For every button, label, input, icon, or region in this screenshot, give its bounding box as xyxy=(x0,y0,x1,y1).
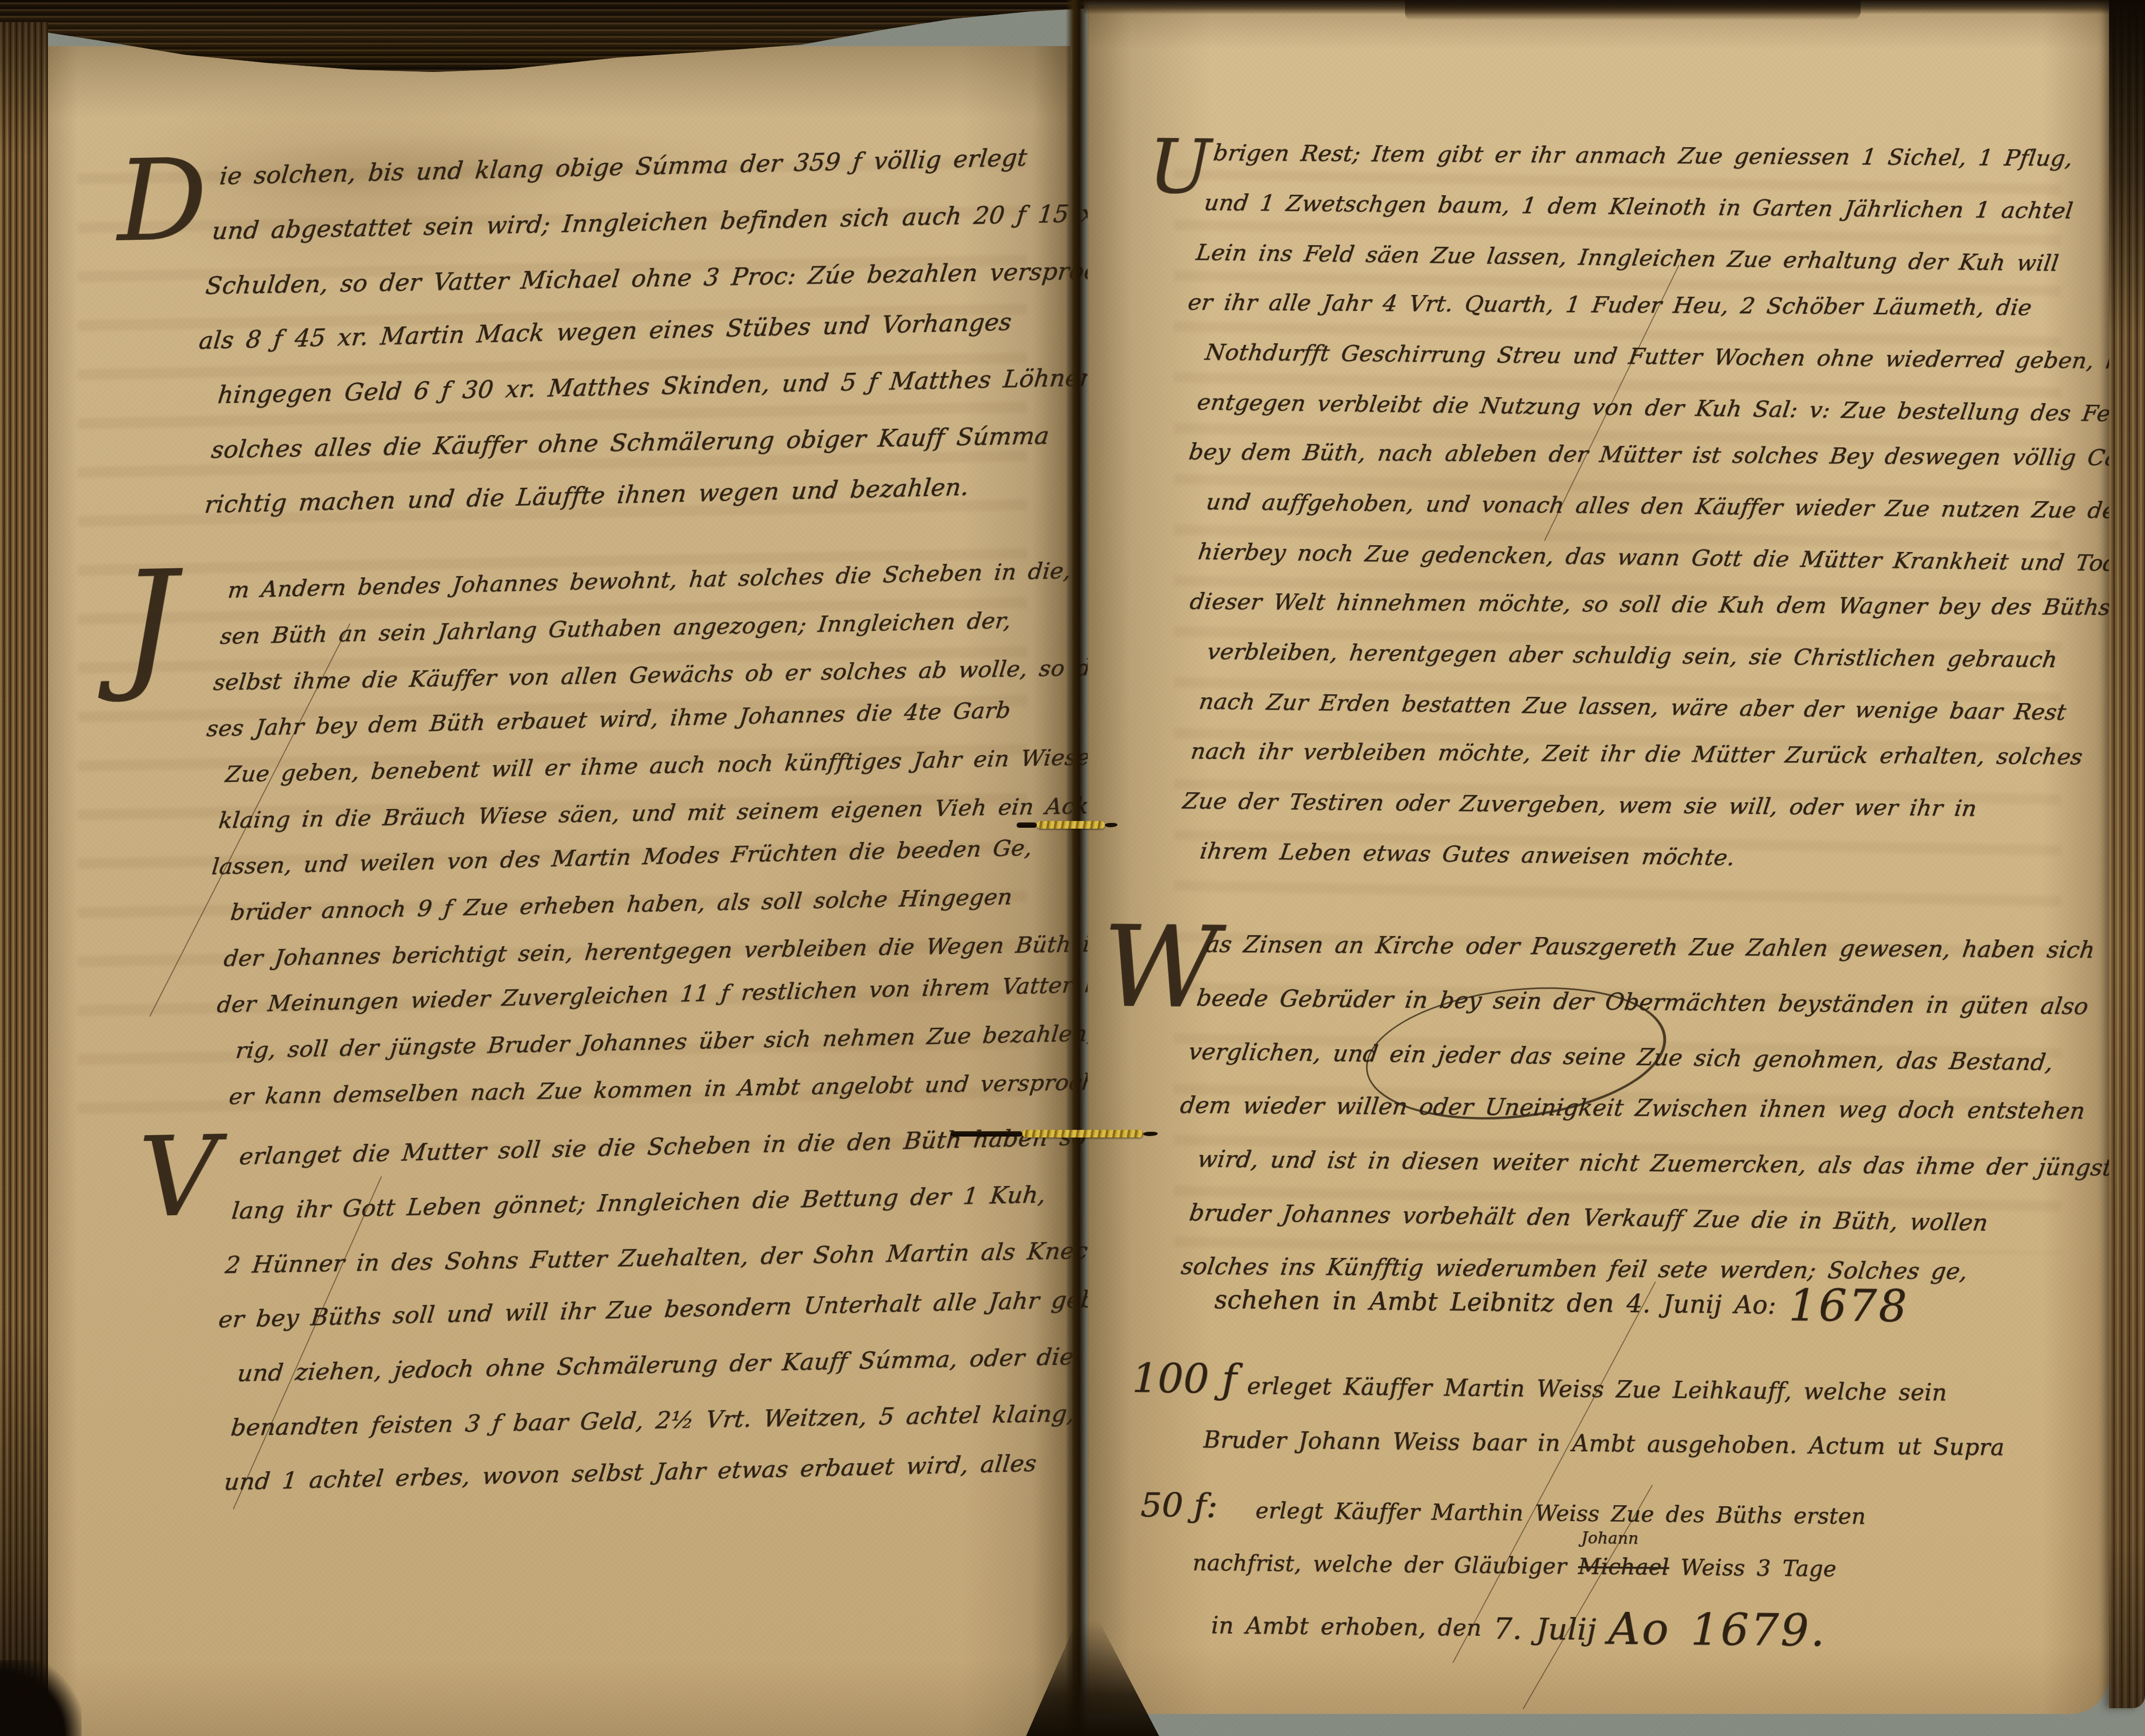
text-line: sen Büth an sein Jahrlang Guthaben angez… xyxy=(219,608,1012,650)
text-line: und ziehen, jedoch ohne Schmälerung der … xyxy=(236,1343,1075,1387)
thread-dark-end xyxy=(950,1131,1022,1137)
thread-dark-end xyxy=(1017,822,1037,828)
manuscript-scan: Die solchen, bis und klang obige Súmma d… xyxy=(0,0,2145,1736)
entry2-line2: nachfrist, welche der Gläubiger Johann M… xyxy=(1193,1549,1837,1582)
binding-thread-upper xyxy=(1017,821,1117,829)
right-page: schehen in Ambt Leibnitz den 4. Junij Ao… xyxy=(1088,7,2109,1714)
record-dateline-year: 1678 xyxy=(1788,1279,1909,1332)
text-line: Lein ins Feld säen Zue lassen, Inngleich… xyxy=(1195,239,2060,277)
text-line: ie solchen, bis und klang obige Súmma de… xyxy=(218,144,1029,190)
text-line: entgegen verbleibt die Nutzung von der K… xyxy=(1196,389,2145,427)
binding-gutter-shadow xyxy=(1066,0,1090,1736)
text-line: brüder annoch 9 ƒ Zue erheben haben, als… xyxy=(229,884,1014,926)
text-line: und auffgehoben, und vonach alles den Kä… xyxy=(1205,489,2145,525)
thread-gold-twist xyxy=(1037,821,1105,829)
text-line: er kann demselben nach Zue kommen in Amb… xyxy=(228,1068,1134,1110)
text-line: lassen, und weilen von des Martin Modes … xyxy=(211,835,1033,880)
text-line: er bey Büths soll und will ihr Zue beson… xyxy=(217,1285,1127,1333)
text-line: dieser Welt hinnehmen möchte, so soll di… xyxy=(1188,588,2112,621)
text-line: Zue geben, benebent will er ihme auch no… xyxy=(224,744,1091,787)
text-line: dem wieder willen oder Uneinigkeit Zwisc… xyxy=(1179,1092,2087,1125)
text-line: der Johannes berichtigt sein, herentgege… xyxy=(223,931,1106,972)
bottom-left-cover-corner xyxy=(0,1660,82,1736)
text-line: ihrem Leben etwas Gutes anweisen möchte. xyxy=(1198,838,1736,871)
entry2-inserted-word: Johann xyxy=(1581,1528,1639,1548)
text-line: er ihr alle Jahr 4 Vrt. Quarth, 1 Fuder … xyxy=(1186,289,2033,321)
illuminated-initial: U xyxy=(1148,129,1211,204)
text-line: rig, soll der jüngste Bruder Johannes üb… xyxy=(234,1019,1148,1064)
text-line: und abgestattet sein wird; Inngleichen b… xyxy=(211,199,1108,246)
text-line: ses Jahr bey dem Büth erbauet wird, ihme… xyxy=(205,697,1012,742)
entry2-line1: erlegt Käuffer Marthin Weiss Zue des Büt… xyxy=(1255,1498,1866,1529)
text-line: klaing in die Bräuch Wiese säen, und mit… xyxy=(217,792,1114,834)
text-line: bey dem Büth, nach ableben der Mütter is… xyxy=(1187,439,2145,471)
entry1-line2: Bruder Johann Weiss baar in Ambt ausgeho… xyxy=(1203,1426,2004,1461)
text-line: selbst ihme die Käuffer von allen Gewäch… xyxy=(212,654,1113,696)
text-line: wird, und ist in diesen weiter nicht Zue… xyxy=(1196,1146,2128,1182)
entry2-line3-text: in Ambt erhoben, den xyxy=(1211,1612,1481,1642)
text-line: solches ins Künfftig wiederumben feil se… xyxy=(1180,1253,1969,1285)
record-dateline-text: schehen in Ambt Leibnitz den 4. Junij Ao… xyxy=(1214,1286,1776,1320)
text-line: als 8 ƒ 45 xr. Martin Mack wegen eines S… xyxy=(198,308,1013,354)
text-line: solches alles die Käuffer ohne Schmäleru… xyxy=(210,422,1051,464)
entry2-line3: in Ambt erhoben, den 7. Julij Ao 1679. xyxy=(1211,1599,1827,1656)
text-line: verbleiben, herentgegen aber schuldig se… xyxy=(1206,638,2059,673)
entry2-correction: Johann Michael xyxy=(1578,1553,1681,1580)
illuminated-initial: J xyxy=(119,552,178,694)
text-line: verglichen, und ein jeder das seine Zue … xyxy=(1187,1038,2055,1076)
text-line: Zue der Testiren oder Zuvergeben, wem si… xyxy=(1181,788,1978,822)
text-line: beede Gebrüder in bey sein der Obermächt… xyxy=(1195,985,2090,1020)
text-line: m Andern bendes Johannes bewohnt, hat so… xyxy=(226,558,1072,604)
entry1-amount: 100 ƒ xyxy=(1132,1355,1237,1403)
illuminated-initial: D xyxy=(116,143,208,258)
binding-thread-lower xyxy=(950,1130,1158,1138)
text-line: 2 Hünner in des Sohns Futter Zuehalten, … xyxy=(224,1236,1122,1279)
text-line: benandten feisten 3 ƒ baar Geld, 2½ Vrt.… xyxy=(229,1400,1076,1442)
entry2-amount: 50 ƒ: xyxy=(1140,1485,1218,1525)
text-line: richtig machen und die Läuffte ihnen weg… xyxy=(203,473,970,518)
text-line: lang ihr Gott Leben gönnet; Inngleichen … xyxy=(230,1181,1047,1225)
entry2-struck-word: Michael xyxy=(1578,1553,1669,1580)
text-line: bruder Johannes vorbehält den Verkauff Z… xyxy=(1188,1199,1990,1236)
text-line: und 1 Zwetschgen baum, 1 dem Kleinoth in… xyxy=(1203,189,2075,224)
text-line: Schulden, so der Vatter Michael ohne 3 P… xyxy=(204,256,1145,300)
text-line: Nothdurfft Geschirrung Streu und Futter … xyxy=(1204,339,2145,375)
text-line: und 1 achtel erbes, wovon selbst Jahr et… xyxy=(223,1450,1038,1496)
entry2-line2-post: Weiss 3 Tage xyxy=(1680,1554,1837,1582)
entry2-line3-year: Ao 1679. xyxy=(1608,1603,1827,1656)
left-fore-edge-pages xyxy=(0,22,48,1736)
thread-fray xyxy=(1105,823,1117,827)
thread-gold-twist xyxy=(1022,1130,1143,1138)
text-line: hingegen Geld 6 ƒ 30 xr. Matthes Skinden… xyxy=(216,364,1092,409)
right-fore-edge-pages xyxy=(2109,0,2145,1708)
text-line: der Meinungen wieder Zuvergleichen 11 ƒ … xyxy=(216,970,1173,1018)
thread-fray xyxy=(1143,1132,1158,1136)
top-page-edge-patch xyxy=(1405,0,1861,20)
text-line: nach ihr verbleiben möchte, Zeit ihr die… xyxy=(1189,738,2084,770)
text-line: brigen Rest; Item gibt er ihr anmach Zue… xyxy=(1212,140,2075,172)
text-line: nach Zur Erden bestatten Zue lassen, wär… xyxy=(1197,688,2068,726)
illuminated-initial: V xyxy=(138,1122,220,1233)
left-page: Die solchen, bis und klang obige Súmma d… xyxy=(44,46,1070,1736)
entry2-line3-day: 7. Julij xyxy=(1493,1611,1596,1647)
text-line: as Zinsen an Kirche oder Pauszgereth Zue… xyxy=(1204,931,2097,963)
text-line: hierbey noch Zue gedencken, das wann Got… xyxy=(1196,539,2145,577)
